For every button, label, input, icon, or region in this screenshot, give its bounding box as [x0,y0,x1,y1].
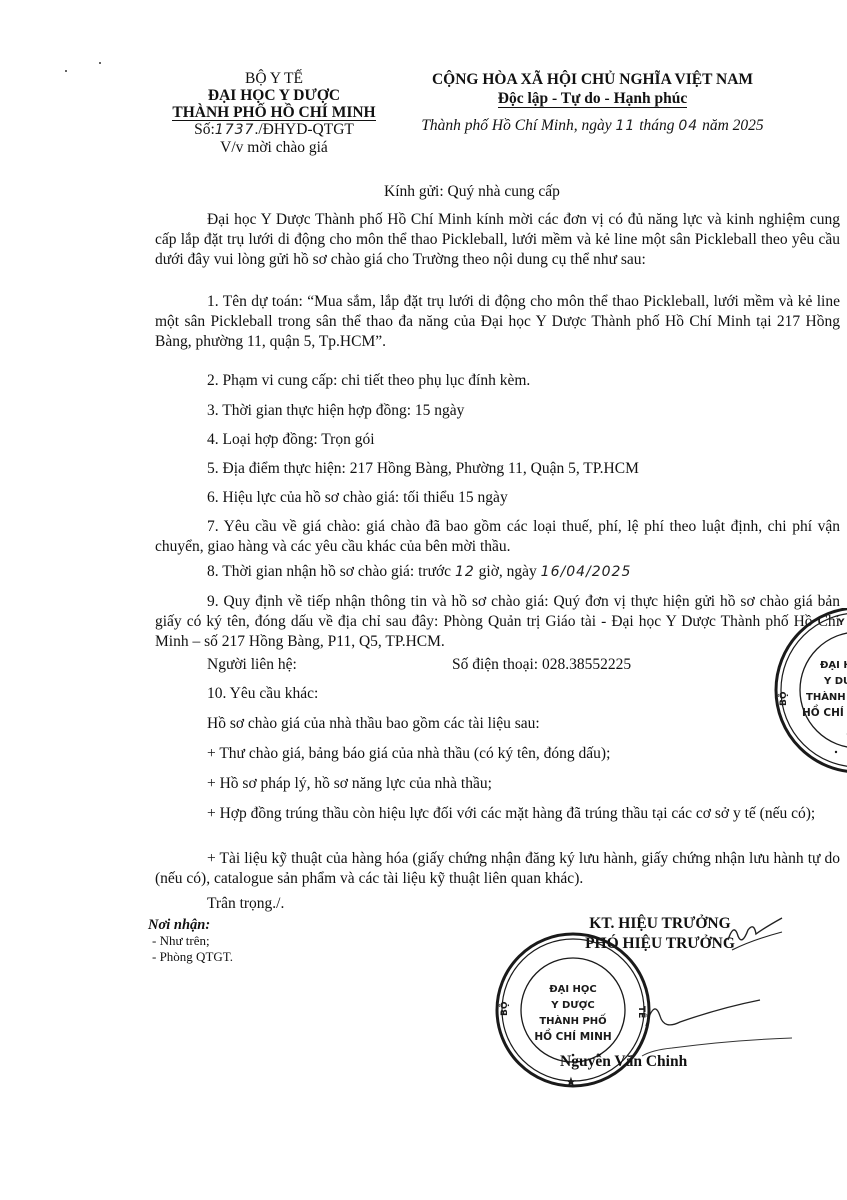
item-6-validity: 6. Hiệu lực của hồ sơ chào giá: tối thiể… [207,489,508,507]
svg-text:HỒ CHÍ MINH: HỒ CHÍ MINH [534,1028,611,1043]
salutation: Kính gửi: Quý nhà cung cấp [384,183,560,201]
svg-text:THÀNH PHỐ: THÀNH PHỐ [539,1012,606,1027]
svg-text:Y DƯỢC: Y DƯỢC [550,1000,594,1011]
svg-text:ĐẠI HỌC: ĐẠI HỌC [820,660,847,671]
recipient-item: - Phòng QTGT. [148,949,233,965]
document-number: Số:1737./ĐHYD-QTGT [150,121,398,139]
required-doc-2: + Hồ sơ pháp lý, hồ sơ năng lực của nhà … [207,775,492,793]
svg-text:BỘ: BỘ [499,1001,510,1016]
svg-text:Y: Y [837,618,845,628]
item-8-deadline: 8. Thời gian nhận hồ sơ chào giá: trước … [207,563,631,581]
item-4-contract-type: 4. Loại hợp đồng: Trọn gói [207,431,375,449]
signer-name: Nguyễn Văn Chinh [560,1053,687,1071]
svg-text:BỘ: BỘ [778,691,789,706]
recipient-item: - Như trên; [148,933,233,949]
item-3-duration: 3. Thời gian thực hiện hợp đồng: 15 ngày [207,402,464,420]
issuer-header: BỘ Y TẾ ĐẠI HỌC Y DƯỢC THÀNH PHỐ HỒ CHÍ … [150,70,398,156]
item-7-price-requirements: 7. Yêu cầu về giá chào: giá chào đã bao … [155,517,840,557]
svg-text:TẾ: TẾ [636,1006,649,1019]
recipients-title: Nơi nhận: [148,917,233,933]
item-1-estimate-name: 1. Tên dự toán: “Mua sắm, lắp đặt trụ lư… [155,292,840,352]
contact-person-label: Người liên hệ: [207,656,297,674]
university-name-line1: ĐẠI HỌC Y DƯỢC [150,87,398,104]
documents-intro: Hồ sơ chào giá của nhà thầu bao gồm các … [207,715,540,733]
closing-remark: Trân trọng./. [207,895,284,913]
nation-title: CỘNG HÒA XÃ HỘI CHỦ NGHĨA VIỆT NAM [395,70,790,89]
ministry-name: BỘ Y TẾ [150,70,398,87]
svg-text:THÀNH PHỐ: THÀNH PHỐ [806,688,847,703]
national-motto: Độc lập - Tự do - Hạnh phúc [498,91,687,108]
handwritten-number: 1737 [215,122,255,138]
svg-text:ĐẠI HỌC: ĐẠI HỌC [549,984,597,995]
svg-text:★: ★ [565,1074,577,1089]
svg-text:HỒ CHÍ MINH: HỒ CHÍ MINH [802,704,847,719]
required-doc-4: + Tài liệu kỹ thuật của hàng hóa (giấy c… [155,849,840,889]
item-2-scope: 2. Phạm vi cung cấp: chi tiết theo phụ l… [207,372,530,390]
recipients-block: Nơi nhận: - Như trên; - Phòng QTGT. [148,917,233,965]
document-subject: V/v mời chào giá [150,139,398,156]
scan-speck [65,70,67,72]
item-9-submission-rules: 9. Quy định về tiếp nhận thông tin và hồ… [155,592,840,652]
required-doc-3: + Hợp đồng trúng thầu còn hiệu lực đối v… [155,804,840,824]
item-10-other-requirements: 10. Yêu cầu khác: [207,685,318,703]
document-date: Thành phố Hồ Chí Minh, ngày 11 tháng 04 … [395,116,790,136]
contact-phone: Số điện thoại: 028.38552225 [452,656,631,674]
svg-text:Y DƯỢC: Y DƯỢC [823,676,847,687]
scan-speck [99,62,101,64]
required-doc-1: + Thư chào giá, bảng báo giá của nhà thầ… [207,745,610,763]
university-name-line2: THÀNH PHỐ HỒ CHÍ MINH [172,105,375,121]
handwritten-deadline-date: 16/04/2025 [541,564,632,580]
page-seal-stamp-partial: Y BỘ ĐẠI HỌC Y DƯỢC THÀNH PHỐ HỒ CHÍ MIN… [766,608,847,778]
handwritten-signature [640,910,820,1060]
intro-paragraph: Đại học Y Dược Thành phố Hồ Chí Minh kín… [155,210,840,270]
national-header: CỘNG HÒA XÃ HỘI CHỦ NGHĨA VIỆT NAM Độc l… [395,70,790,136]
item-5-location: 5. Địa điểm thực hiện: 217 Hồng Bàng, Ph… [207,460,639,478]
